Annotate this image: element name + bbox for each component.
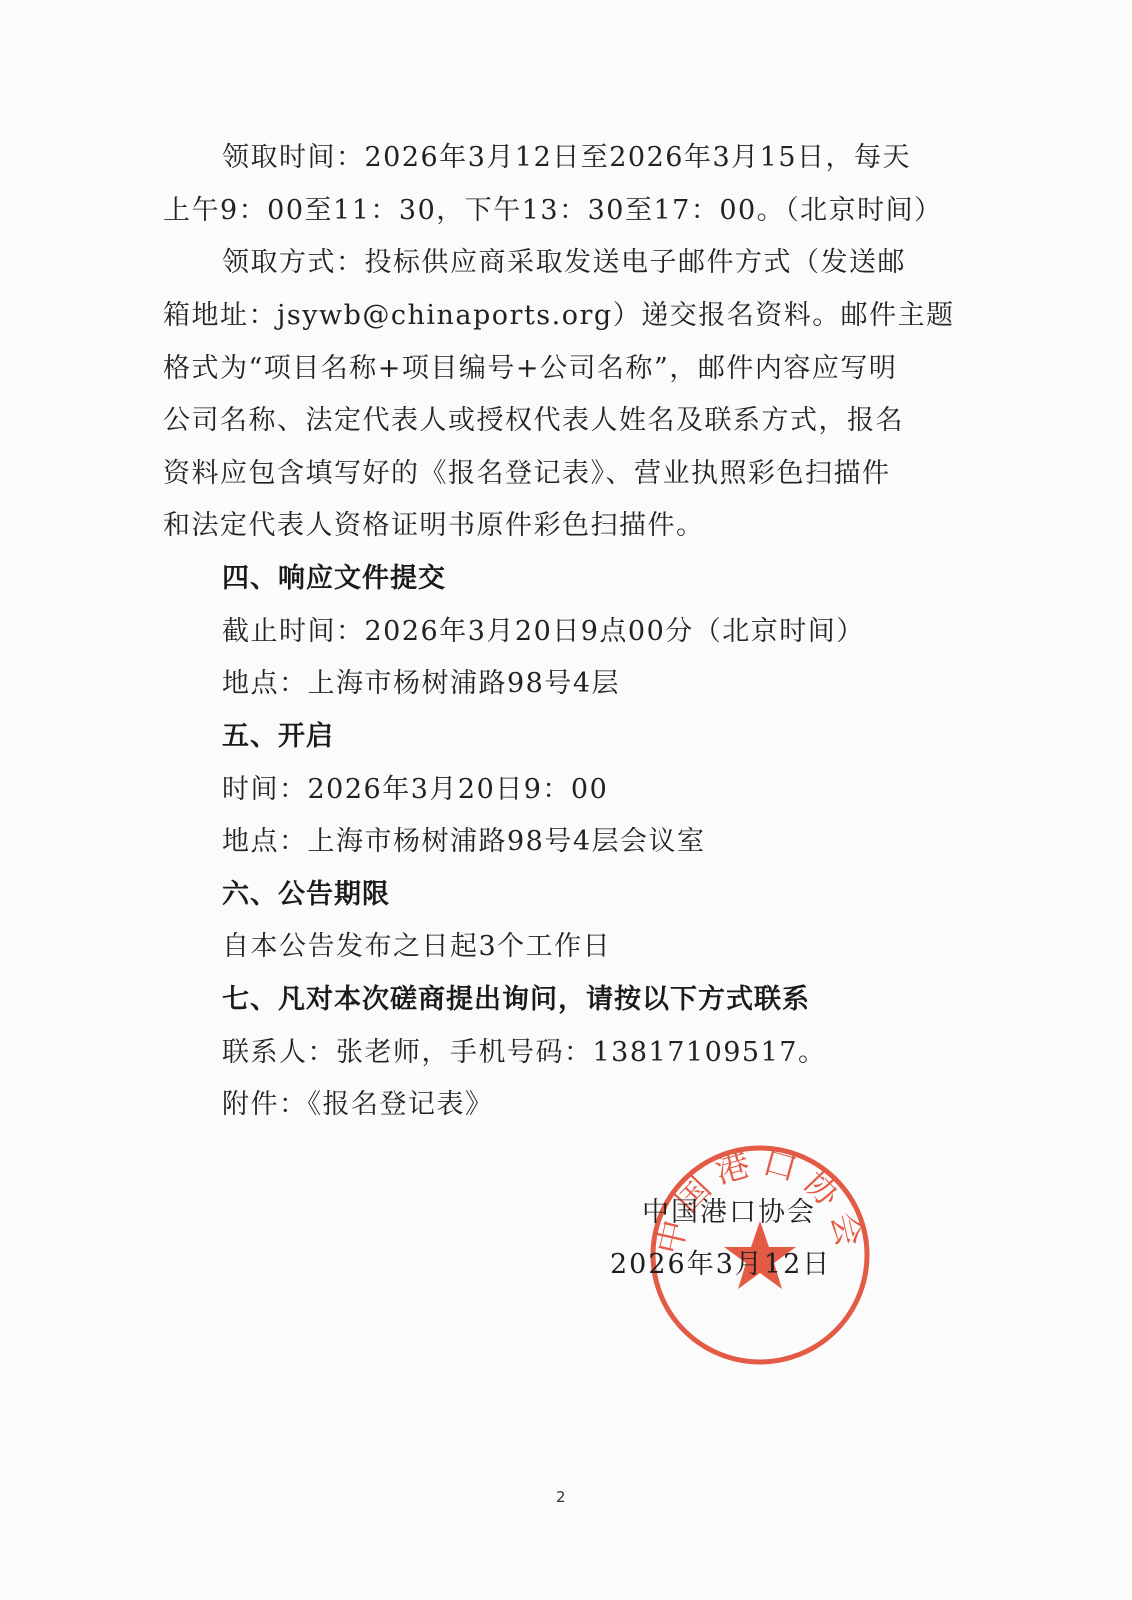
collection-method-line-6: 和法定代表人资格证明书原件彩色扫描件。 (163, 509, 705, 543)
collection-method-line-2: 箱地址：jsywb@chinaports.org）递交报名资料。邮件主题 (163, 299, 955, 333)
collection-method-line-1: 领取方式：投标供应商采取发送电子邮件方式（发送邮 (222, 246, 906, 280)
collection-method-line-3: 格式为“项目名称+项目编号+公司名称”，邮件内容应写明 (163, 352, 897, 386)
section-heading-announcement-period: 六、公告期限 (222, 878, 390, 912)
section-heading-opening: 五、开启 (222, 720, 334, 754)
opening-time: 时间：2026年3月20日9：00 (222, 773, 608, 807)
signature-date: 2026年3月12日 (610, 1248, 831, 1282)
submission-location: 地点：上海市杨树浦路98号4层 (222, 667, 620, 701)
announcement-period: 自本公告发布之日起3个工作日 (222, 930, 611, 964)
signature-organization: 中国港口协会 (642, 1196, 816, 1230)
page-number: 2 (556, 1488, 566, 1506)
collection-time-line-1: 领取时间：2026年3月12日至2026年3月15日，每天 (222, 141, 911, 175)
collection-method-line-5: 资料应包含填写好的《报名登记表》、营业执照彩色扫描件 (163, 457, 891, 491)
document-page: 领取时间：2026年3月12日至2026年3月15日，每天 上午9：00至11：… (0, 0, 1132, 1600)
attachment: 附件：《报名登记表》 (222, 1088, 494, 1122)
collection-method-line-4: 公司名称、法定代表人或授权代表人姓名及联系方式，报名 (163, 404, 904, 438)
opening-location: 地点：上海市杨树浦路98号4层会议室 (222, 825, 706, 859)
contact-person: 联系人：张老师，手机号码：13817109517。 (222, 1036, 826, 1070)
submission-deadline: 截止时间：2026年3月20日9点00分（北京时间） (222, 615, 865, 649)
collection-time-line-2: 上午9：00至11：30，下午13：30至17：00。（北京时间） (163, 194, 943, 228)
section-heading-response-submission: 四、响应文件提交 (222, 562, 446, 596)
section-heading-contact: 七、凡对本次磋商提出询问，请按以下方式联系 (222, 983, 810, 1017)
